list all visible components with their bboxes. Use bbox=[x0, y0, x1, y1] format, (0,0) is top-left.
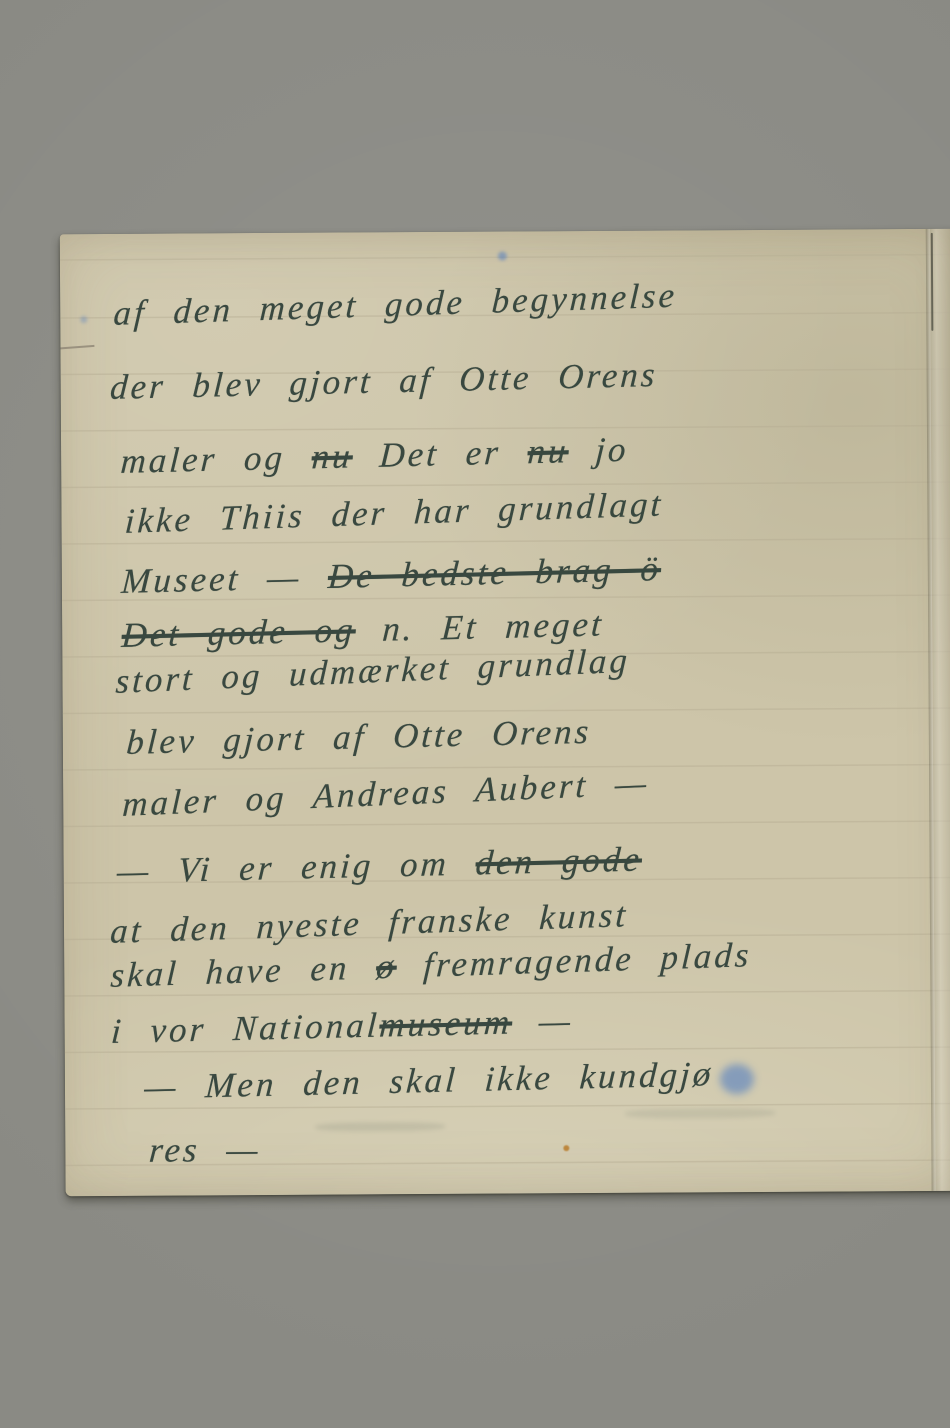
handwritten-text: — Vi er enig om bbox=[116, 843, 477, 891]
manuscript-page: af den meget gode begynnelseder blev gjo… bbox=[60, 229, 950, 1196]
handwritten-text: der blev gjort af Otte Orens bbox=[109, 355, 659, 407]
struck-text: nu bbox=[311, 436, 354, 476]
struck-text: Det gode og bbox=[121, 610, 358, 655]
handwritten-text: jo bbox=[567, 430, 629, 470]
handwriting-line: i vor Nationalmuseum — bbox=[110, 999, 575, 1054]
struck-text: nu bbox=[526, 431, 569, 471]
handwritten-text: fremragende plads bbox=[396, 935, 753, 986]
handwriting-line: — Men den skal ikke kundgjø bbox=[143, 1052, 715, 1109]
handwriting-line: res — bbox=[147, 1128, 262, 1173]
handwritten-text: i vor National bbox=[110, 1006, 381, 1051]
struck-text: museum bbox=[378, 1002, 513, 1044]
handwriting-line: blev gjort af Otte Orens bbox=[125, 710, 593, 765]
handwriting-text: af den meget gode begynnelseder blev gjo… bbox=[60, 229, 950, 1196]
handwritten-text: Museet — bbox=[120, 557, 329, 601]
handwritten-text: — Men den skal ikke kundgjø bbox=[143, 1054, 714, 1106]
handwritten-text: — bbox=[511, 1001, 574, 1042]
handwritten-text: res — bbox=[148, 1130, 263, 1170]
handwritten-text: skal have en bbox=[110, 947, 378, 995]
handwritten-text: maler og Andreas Aubert — bbox=[122, 763, 651, 824]
handwritten-text: maler og bbox=[119, 437, 313, 481]
handwritten-text: Det er bbox=[352, 432, 529, 475]
handwriting-line: ikke Thiis der har grundlagt bbox=[124, 482, 665, 543]
handwritten-text: ikke Thiis der har grundlagt bbox=[124, 484, 665, 540]
handwritten-text: blev gjort af Otte Orens bbox=[125, 712, 592, 762]
handwritten-text: af den meget gode begynnelse bbox=[113, 276, 679, 333]
handwriting-line: — Vi er enig om den gode bbox=[116, 837, 644, 893]
struck-text: den gode bbox=[474, 839, 643, 882]
handwriting-line: af den meget gode begynnelse bbox=[112, 274, 678, 336]
handwriting-line: Museet — De bedste brag ö bbox=[120, 547, 662, 604]
handwriting-line: maler og Andreas Aubert — bbox=[121, 761, 650, 827]
struck-text: ø bbox=[375, 947, 398, 987]
handwriting-line: der blev gjort af Otte Orens bbox=[109, 353, 659, 410]
handwriting-line: maler og nu Det er nu jo bbox=[119, 428, 630, 484]
struck-text: De bedste brag ö bbox=[327, 549, 663, 596]
photo-background: af den meget gode begynnelseder blev gjo… bbox=[0, 0, 950, 1428]
